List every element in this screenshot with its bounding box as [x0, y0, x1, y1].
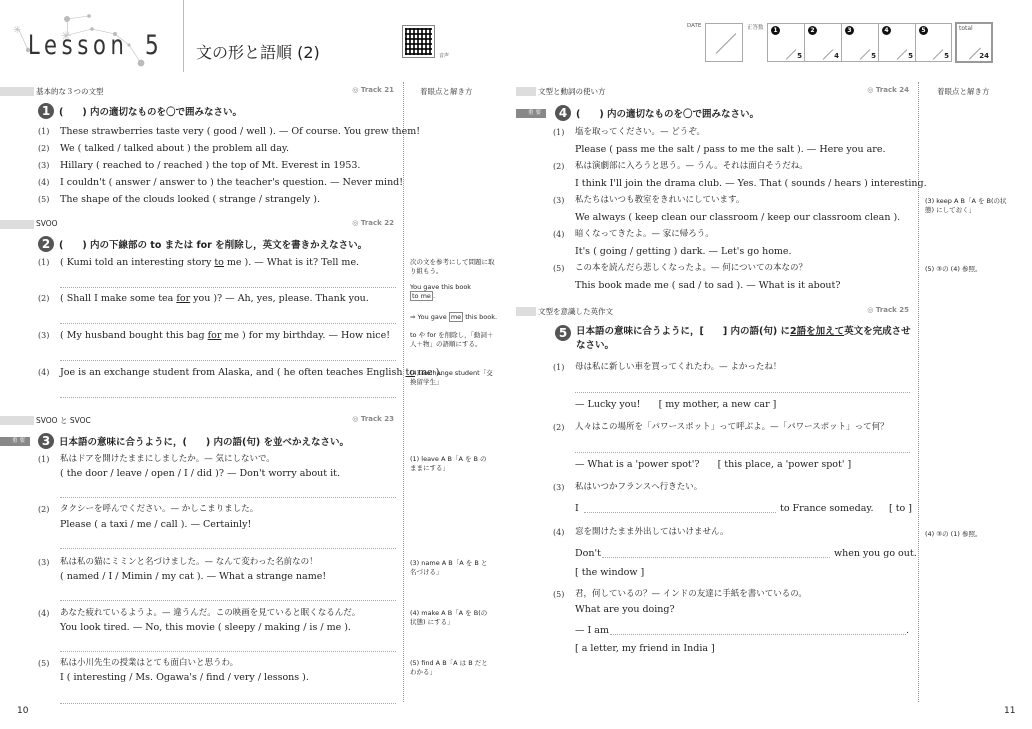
- hint-item-4: (4) exchange student「交換留学生」: [410, 369, 498, 386]
- sentence-end: when you go out.: [834, 547, 917, 560]
- score-boxes: 15 24 35 45 55: [767, 23, 952, 62]
- total-label: total: [959, 25, 973, 32]
- important-badge: 重要: [516, 109, 546, 118]
- score-label: 正答数: [747, 23, 764, 31]
- question-number-circle: 2: [38, 236, 54, 252]
- score-max: 5: [797, 52, 802, 60]
- section-title: 文型と動詞の使い方: [538, 86, 606, 97]
- sentence-start: — I am: [575, 624, 609, 637]
- hint-column-divider: [403, 82, 404, 702]
- given-words: [ to ]: [889, 502, 912, 515]
- answer-line[interactable]: [602, 557, 830, 558]
- given-words: [ the window ]: [575, 566, 644, 579]
- answer-line[interactable]: [60, 360, 396, 361]
- section-header: 文型と動詞の使い方 ◎ Track 24: [516, 87, 909, 97]
- hint-item: (5) ③の (4) 参照。: [925, 265, 1013, 274]
- question-number-circle: 5: [555, 325, 571, 341]
- score-box-5[interactable]: 55: [915, 23, 952, 62]
- question-number-badge: 4: [882, 26, 891, 35]
- section-title: 基本的な３つの文型: [36, 86, 104, 97]
- question-item-english: What are you doing?: [575, 603, 675, 616]
- hint-item: (1) leave A B「A を B のままにする」: [410, 455, 490, 472]
- sentence-start: I: [575, 502, 579, 515]
- total-max: 24: [979, 52, 989, 60]
- score-box-2[interactable]: 24: [804, 23, 841, 62]
- question-2-header: 2 ( ) 内の下線部の to または for を削除し，英文を書きかえなさい。: [38, 236, 367, 252]
- header-divider: [183, 0, 184, 72]
- section-header: SVOO と SVOC ◎ Track 23: [0, 416, 394, 426]
- hint-column-header: 着眼点と解き方: [937, 86, 990, 97]
- question-instruction: ( ) 内の下線部の to または for を削除し，英文を書きかえなさい。: [59, 237, 367, 251]
- section-header: 文型を意識した英作文 ◎ Track 25: [516, 307, 909, 317]
- answer-line[interactable]: [60, 497, 396, 498]
- question-number-badge: 1: [771, 26, 780, 35]
- question-instruction: ( ) 内の適切なものを〇で囲みなさい。: [59, 104, 242, 118]
- sentence-start: Don't: [575, 547, 601, 560]
- answer-line[interactable]: [60, 600, 396, 601]
- audio-track-label[interactable]: ◎ Track 24: [867, 86, 909, 94]
- audio-track-label[interactable]: ◎ Track 25: [867, 306, 909, 314]
- answer-line[interactable]: [60, 397, 396, 398]
- page-number-left: 10: [17, 706, 28, 716]
- given-words: [ a letter, my friend in India ]: [575, 642, 715, 655]
- sentence-end: to France someday.: [780, 502, 874, 515]
- answer-line[interactable]: [60, 703, 396, 704]
- sentence-end: .: [906, 624, 909, 637]
- score-box-3[interactable]: 35: [841, 23, 878, 62]
- hint-example-1: You gave this book to me.: [410, 283, 500, 300]
- question-5-header: 5 日本語の意味に合うように，[ ] 内の語(句) に2語を加えて英文を完成させ…: [555, 325, 913, 353]
- date-label: DATE: [687, 23, 701, 29]
- qr-audio-label: 音声: [439, 52, 449, 59]
- section-title: SVOO: [36, 219, 58, 228]
- answer-line[interactable]: [575, 452, 910, 453]
- total-score-box[interactable]: total 24: [955, 22, 993, 63]
- score-box-4[interactable]: 45: [878, 23, 915, 62]
- question-instruction: 日本語の意味に合うように，( ) 内の語(句) を並べかえなさい。: [59, 434, 349, 448]
- lesson-number: 5: [145, 30, 159, 61]
- score-max: 4: [834, 52, 839, 60]
- question-4-header: 4 ( ) 内の適切なものを〇で囲みなさい。: [555, 105, 759, 121]
- audio-track-label[interactable]: ◎ Track 23: [352, 415, 394, 423]
- hint-note: to や for を削除し，「動詞＋人＋物」の語順にする。: [410, 331, 498, 348]
- page-number-right: 11: [1004, 706, 1015, 716]
- score-max: 5: [908, 52, 913, 60]
- question-number-badge: 3: [845, 26, 854, 35]
- question-number-circle: 1: [38, 103, 54, 119]
- hint-item: (5) find A B「A は B だとわかる」: [410, 659, 490, 676]
- answer-line[interactable]: [610, 634, 906, 635]
- question-number-circle: 3: [38, 433, 54, 449]
- hint-column-divider: [918, 82, 919, 702]
- hint-column-header: 着眼点と解き方: [420, 86, 473, 97]
- section-header: 基本的な３つの文型 ◎ Track 21: [0, 87, 394, 97]
- answer-line[interactable]: [60, 548, 396, 549]
- audio-track-label[interactable]: ◎ Track 21: [352, 86, 394, 94]
- section-header: SVOO ◎ Track 22: [0, 220, 394, 230]
- answer-line[interactable]: [60, 323, 396, 324]
- lesson-label: Lesson: [28, 30, 129, 61]
- question-instruction: ( ) 内の適切なものを〇で囲みなさい。: [576, 106, 759, 120]
- date-field[interactable]: [705, 23, 743, 62]
- hint-item: (4) make A B「A を B(の状態) にする」: [410, 609, 490, 626]
- hint-example-2: ⇒ You gave me this book.: [410, 313, 498, 322]
- svg-text:✳: ✳: [13, 25, 21, 36]
- answer-line[interactable]: [60, 651, 396, 652]
- score-max: 5: [944, 52, 949, 60]
- hint-item: (3) keep A B「A を B(の状態) にしておく」: [925, 197, 1013, 214]
- hint-item: (4) ③の (1) 参照。: [925, 530, 1013, 539]
- question-number-badge: 5: [919, 26, 928, 35]
- page-title: 文の形と語順 (2): [196, 40, 320, 63]
- important-badge: 重要: [0, 437, 30, 446]
- question-instruction: 日本語の意味に合うように，[ ] 内の語(句) に2語を加えて英文を完成させなさ…: [576, 325, 913, 353]
- section-title: 文型を意識した英作文: [538, 306, 613, 317]
- answer-line[interactable]: [60, 287, 396, 288]
- answer-line[interactable]: [584, 512, 776, 513]
- question-1-header: 1 ( ) 内の適切なものを〇で囲みなさい。: [38, 103, 242, 119]
- question-number-circle: 4: [555, 105, 571, 121]
- section-title: SVOO と SVOC: [36, 415, 91, 426]
- qr-code-icon[interactable]: [402, 25, 435, 58]
- audio-track-label[interactable]: ◎ Track 22: [352, 219, 394, 227]
- question-3-header: 3 日本語の意味に合うように，( ) 内の語(句) を並べかえなさい。: [38, 433, 349, 449]
- score-max: 5: [871, 52, 876, 60]
- hint-item: (3) name A B「A を B と名づける」: [410, 559, 490, 576]
- hint-intro: 次の文を参考にして問題に取り組もう。: [410, 258, 495, 275]
- score-box-1[interactable]: 15: [767, 23, 804, 62]
- answer-line[interactable]: [575, 392, 910, 393]
- question-number-badge: 2: [808, 26, 817, 35]
